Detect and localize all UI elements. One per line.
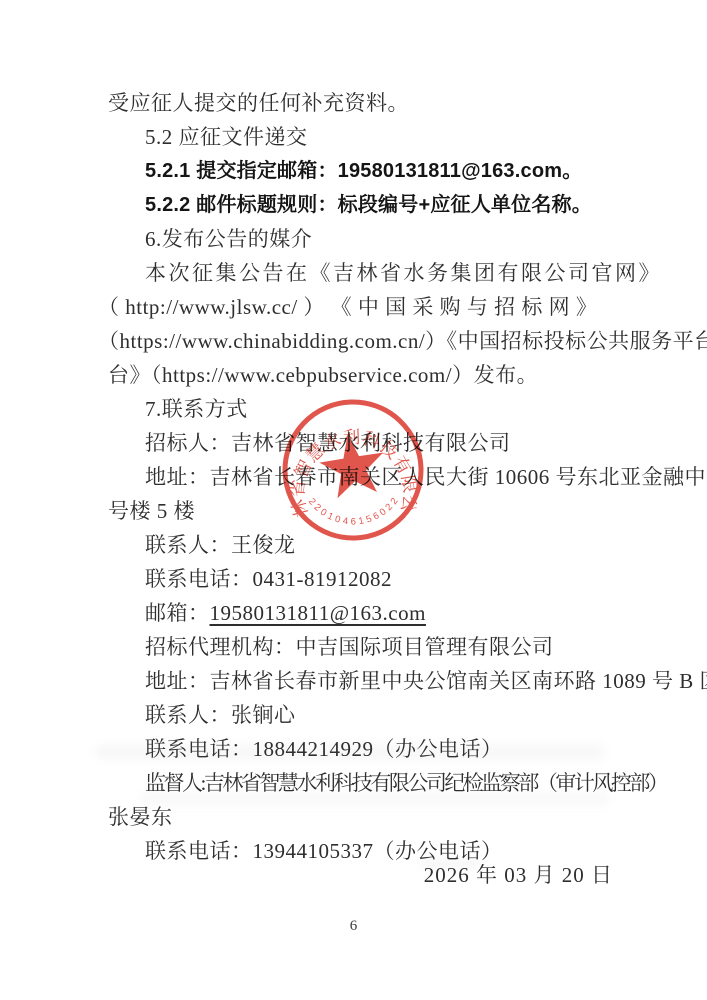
seal-serial-text: 2201046156022 [306,493,403,529]
official-seal-stamp: 吉林省智慧水利科技有限公司 2201046156022 [277,393,428,546]
paragraph-line: 受应征人提交的任何补充资料。 [108,86,613,120]
tenderer-email-line: 邮箱：19580131811@163.com [108,596,613,630]
clause-5-2-2-mail-title-rule: 5.2.2 邮件标题规则：标段编号+应征人单位名称。 [108,188,613,222]
supervisor-line-1: 监督人:吉林省智慧水利科技有限公司纪检监察部（审计风控部） [108,766,613,800]
agency-contact-person-line: 联系人：张锏心 [108,698,613,732]
document-page: 受应征人提交的任何补充资料。 5.2 应征文件递交 5.2.1 提交指定邮箱：1… [0,0,707,1000]
tenderer-phone-line: 联系电话：0431-81912082 [108,562,613,596]
agency-phone-line: 联系电话：18844214929（办公电话） [108,732,613,766]
section-heading-6-media: 6.发布公告的媒介 [108,222,613,256]
supervisor-line-2: 张晏东 [108,800,613,834]
page-number: 6 [0,918,707,935]
email-address: 19580131811@163.com [210,601,426,625]
clause-5-2-1-submit-email: 5.2.1 提交指定邮箱：19580131811@163.com。 [108,154,613,188]
agency-address-line: 地址：吉林省长春市新里中央公馆南关区南环路 1089 号 B 区 [108,664,613,698]
media-paragraph-line-1: 本次征集公告在《吉林省水务集团有限公司官网》 [108,256,613,290]
media-paragraph-line-2: （ http://www.jlsw.cc/ ） 《 中 国 采 购 与 招 标 … [98,290,613,324]
section-heading-5-2: 5.2 应征文件递交 [108,120,613,154]
email-label: 邮箱： [145,601,210,625]
media-paragraph-line-4: 台》（https://www.cebpubservice.com/）发布。 [108,358,613,392]
agency-name-line: 招标代理机构：中吉国际项目管理有限公司 [108,630,613,664]
media-paragraph-line-3: （https://www.chinabidding.com.cn/）《中国招标投… [98,324,613,358]
